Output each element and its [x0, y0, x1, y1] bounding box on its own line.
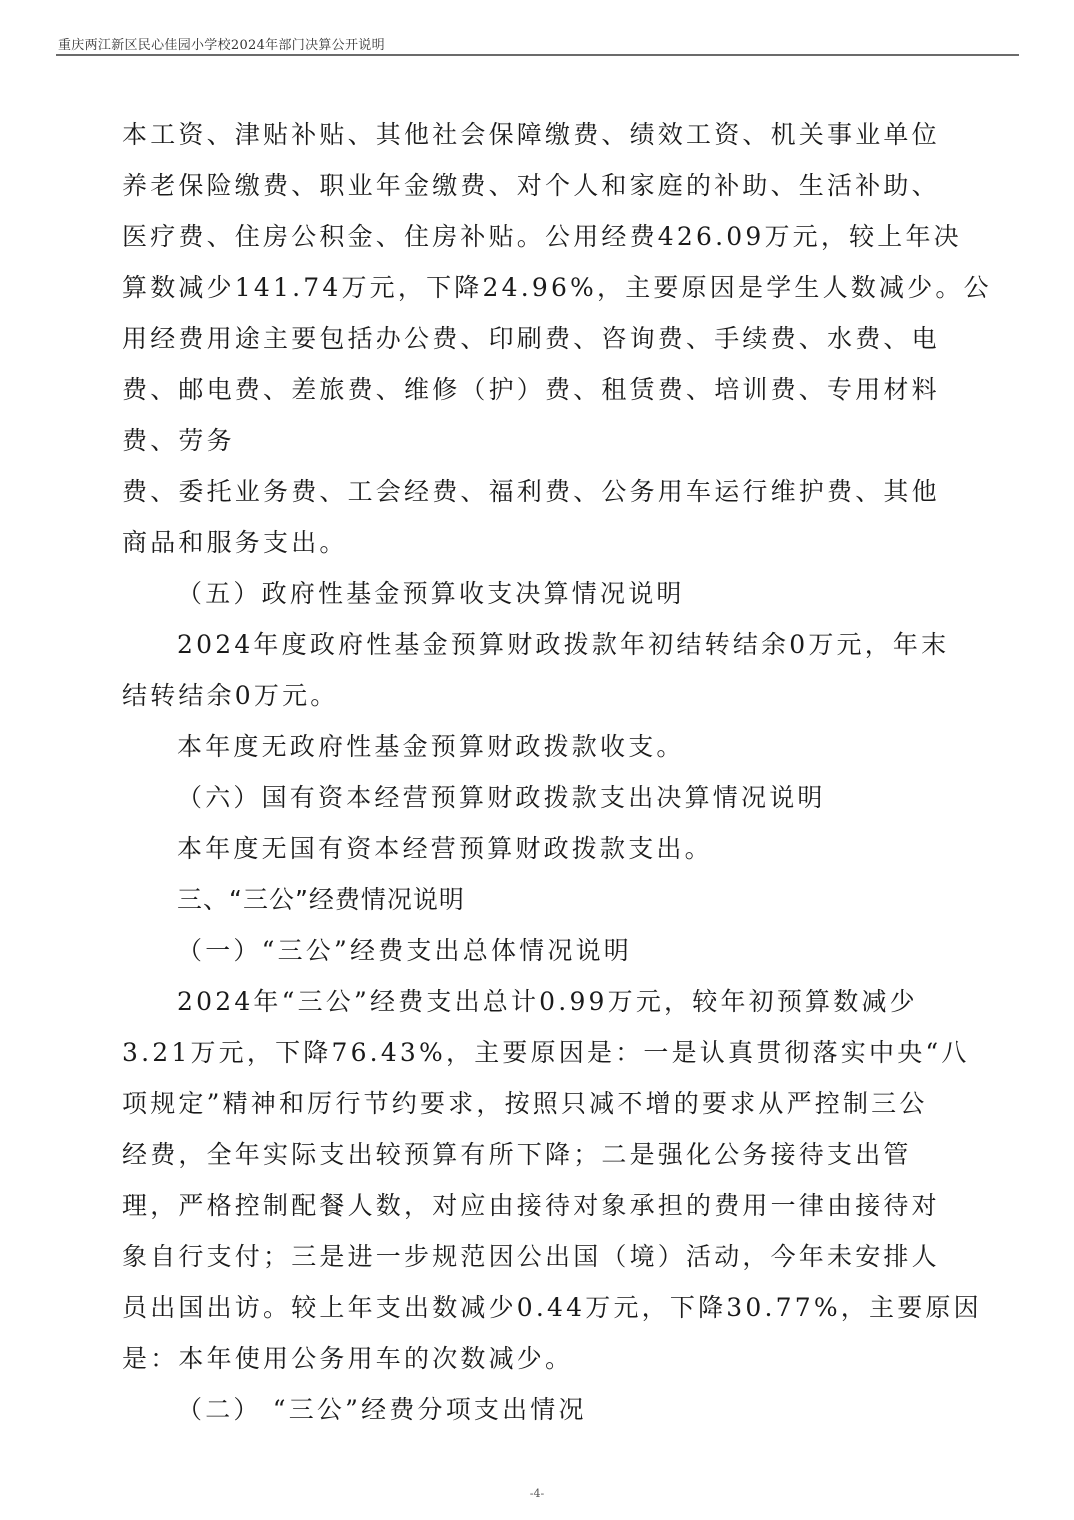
- paragraph-line: 费、邮电费、差旅费、维修（护）费、租赁费、培训费、专用材料: [122, 367, 962, 418]
- document-body: 本工资、津贴补贴、其他社会保障缴费、绩效工资、机关事业单位 养老保险缴费、职业年…: [122, 112, 962, 1438]
- paragraph-line: 结转结余0万元。: [122, 673, 962, 724]
- page-header: 重庆两江新区民心佳园小学校2024年部门决算公开说明: [56, 30, 1019, 56]
- paragraph-line: 费、委托业务费、工会经费、福利费、公务用车运行维护费、其他: [122, 469, 962, 520]
- page-number: -4-: [0, 1487, 1074, 1500]
- paragraph-line: 经费，全年实际支出较预算有所下降；二是强化公务接待支出管: [122, 1132, 962, 1183]
- section-heading-2: （二） “三公”经费分项支出情况: [122, 1387, 962, 1438]
- paragraph-line: 本年度无政府性基金预算财政拨款收支。: [122, 724, 962, 775]
- document-title: 重庆两江新区民心佳园小学校2024年部门决算公开说明: [58, 34, 385, 53]
- paragraph-line: 用经费用途主要包括办公费、印刷费、咨询费、手续费、水费、电: [122, 316, 962, 367]
- paragraph-line: 是：本年使用公务用车的次数减少。: [122, 1336, 962, 1387]
- paragraph-line: 养老保险缴费、职业年金缴费、对个人和家庭的补助、生活补助、: [122, 163, 962, 214]
- section-heading-6: （六）国有资本经营预算财政拨款支出决算情况说明: [122, 775, 962, 826]
- paragraph-line: 象自行支付；三是进一步规范因公出国（境）活动，今年未安排人: [122, 1234, 962, 1285]
- paragraph-line: 项规定”精神和厉行节约要求，按照只减不增的要求从严控制三公: [122, 1081, 962, 1132]
- paragraph-line: 本年度无国有资本经营预算财政拨款支出。: [122, 826, 962, 877]
- section-heading-1: （一）“三公”经费支出总体情况说明: [122, 928, 962, 979]
- paragraph-line: 商品和服务支出。: [122, 520, 962, 571]
- paragraph-line: 医疗费、住房公积金、住房补贴。公用经费426.09万元，较上年决: [122, 214, 962, 265]
- paragraph-line: 费、劳务: [122, 418, 962, 469]
- paragraph-line: 本工资、津贴补贴、其他社会保障缴费、绩效工资、机关事业单位: [122, 112, 962, 163]
- paragraph-line: 算数减少141.74万元，下降24.96%，主要原因是学生人数减少。公: [122, 265, 962, 316]
- paragraph-line: 员出国出访。较上年支出数减少0.44万元，下降30.77%，主要原因: [122, 1285, 962, 1336]
- paragraph-line: 理，严格控制配餐人数，对应由接待对象承担的费用一律由接待对: [122, 1183, 962, 1234]
- chapter-heading-3: 三、“三公”经费情况说明: [122, 877, 962, 928]
- paragraph-line: 2024年度政府性基金预算财政拨款年初结转结余0万元，年末: [122, 622, 962, 673]
- section-heading-5: （五）政府性基金预算收支决算情况说明: [122, 571, 962, 622]
- paragraph-line: 3.21万元，下降76.43%，主要原因是：一是认真贯彻落实中央“八: [122, 1030, 962, 1081]
- paragraph-line: 2024年“三公”经费支出总计0.99万元，较年初预算数减少: [122, 979, 962, 1030]
